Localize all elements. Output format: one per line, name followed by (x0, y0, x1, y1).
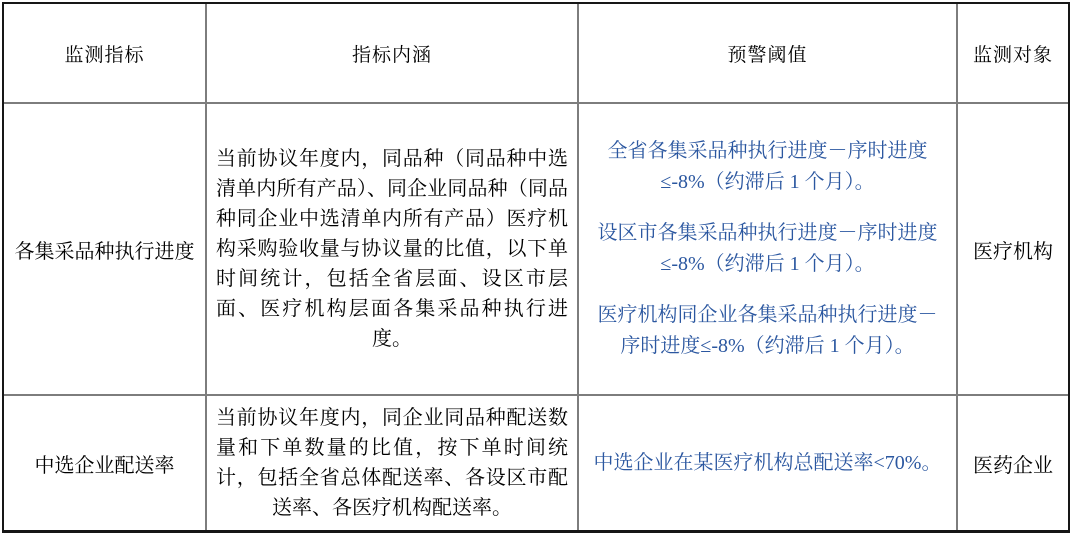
row2-monitoring-target: 医药企业 (958, 396, 1068, 530)
row2-threshold-cell: 中选企业在某医疗机构总配送率<70%。 (579, 396, 958, 530)
row1-threshold-province: 全省各集采品种执行进度－序时进度≤-8%（约滞后 1 个月）。 (589, 136, 946, 198)
row2-indicator-definition: 当前协议年度内，同企业同品种配送数量和下单数量的比值，按下单时间统计，包括全省总… (207, 396, 579, 530)
row1-threshold-city: 设区市各集采品种执行进度－序时进度≤-8%（约滞后 1 个月）。 (589, 218, 946, 280)
column-header-target: 监测对象 (958, 4, 1068, 104)
row1-threshold-cell: 全省各集采品种执行进度－序时进度≤-8%（约滞后 1 个月）。 设区市各集采品种… (579, 104, 958, 396)
row1-threshold-institution: 医疗机构同企业各集采品种执行进度－序时进度≤-8%（约滞后 1 个月）。 (589, 300, 946, 362)
monitoring-indicator-table: 监测指标 指标内涵 预警阈值 监测对象 各集采品种执行进度 当前协议年度内，同品… (2, 2, 1070, 533)
row2-indicator-name: 中选企业配送率 (4, 396, 207, 530)
column-header-threshold: 预警阈值 (579, 4, 958, 104)
row1-indicator-definition: 当前协议年度内，同品种（同品种中选清单内所有产品）、同企业同品种（同品种同企业中… (207, 104, 579, 396)
column-header-indicator: 监测指标 (4, 4, 207, 104)
row1-indicator-name: 各集采品种执行进度 (4, 104, 207, 396)
column-header-definition: 指标内涵 (207, 4, 579, 104)
row2-threshold-delivery-rate: 中选企业在某医疗机构总配送率<70%。 (589, 448, 946, 479)
row1-monitoring-target: 医疗机构 (958, 104, 1068, 396)
